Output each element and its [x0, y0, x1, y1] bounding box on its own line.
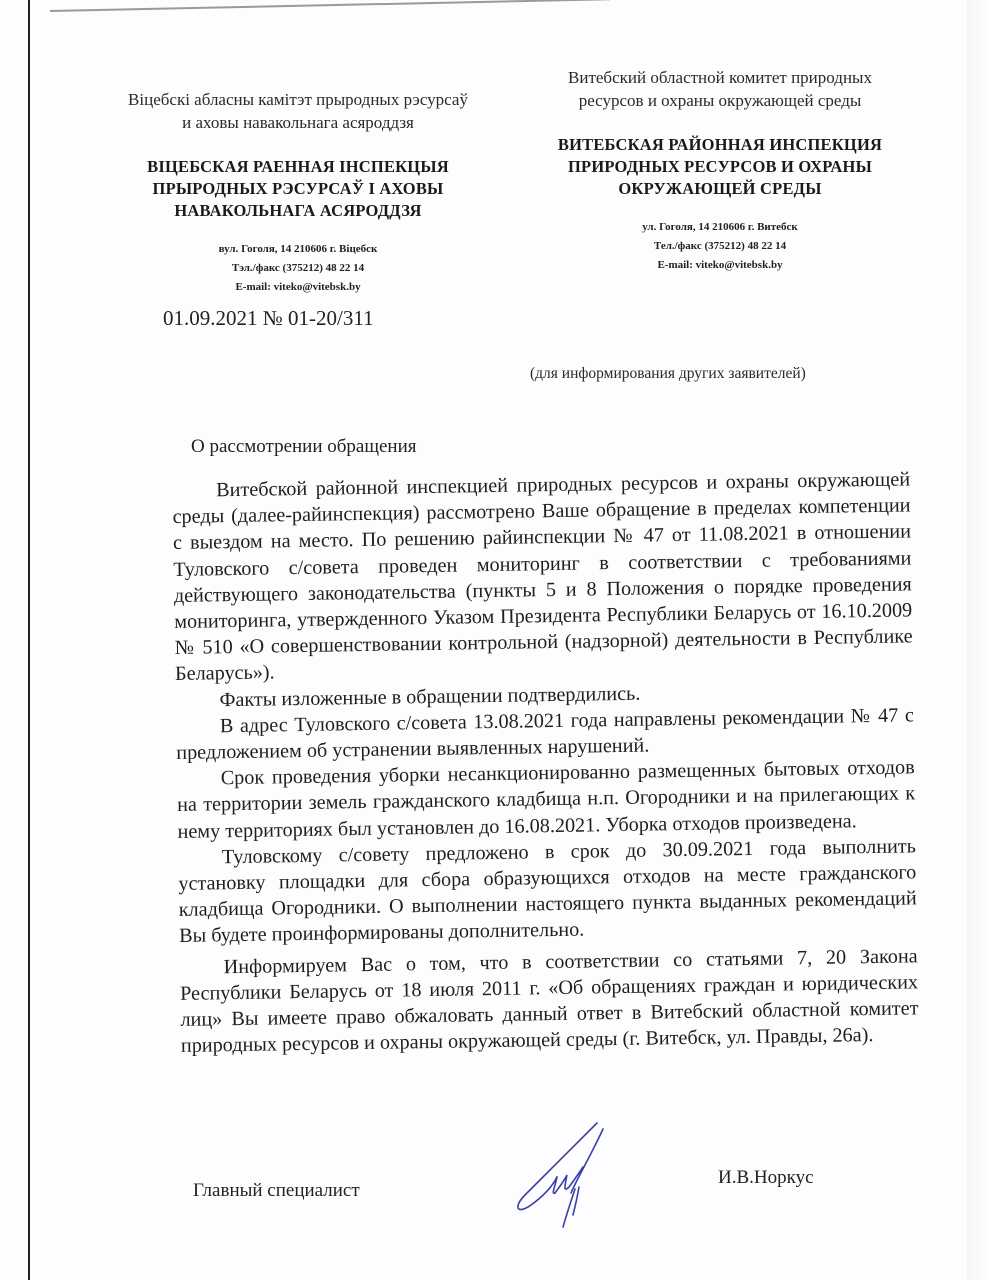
document-reference: 01.09.2021 № 01-20/311: [163, 306, 374, 331]
email-ru: E-mail: viteko@vitebsk.by: [535, 256, 905, 275]
letter-document: Віцебскі абласны камітэт прыродных рэсур…: [0, 0, 989, 1280]
signatory-role: Главный специалист: [193, 1180, 360, 1202]
letterhead-russian: Витебский областной комитет природных ре…: [535, 66, 905, 275]
parent-organization-be: Віцебскі абласны камітэт прыродных рэсур…: [128, 88, 468, 134]
address-ru: ул. Гоголя, 14 210606 г. Витебск: [535, 218, 905, 237]
letter-subject: О рассмотрении обращения: [191, 436, 417, 458]
recipient-note: (для информирования других заявителей): [530, 365, 806, 383]
contacts-be: вул. Гоголя, 14 210606 г. Віцебск Тэл./ф…: [128, 240, 468, 297]
phone-be: Тэл./факс (375212) 48 22 14: [128, 259, 468, 278]
contacts-ru: ул. Гоголя, 14 210606 г. Витебск Тел./фа…: [535, 218, 905, 275]
letterhead-belarusian: Віцебскі абласны камітэт прыродных рэсур…: [128, 88, 468, 297]
paragraph: Информируем Вас о том, что в соответстви…: [179, 943, 919, 1059]
organization-title-ru: ВИТЕБСКАЯ РАЙОННАЯ ИНСПЕКЦИЯ ПРИРОДНЫХ Р…: [535, 134, 905, 200]
letter-body: Витебской районной инспекцией природных …: [172, 466, 919, 1059]
address-be: вул. Гоголя, 14 210606 г. Віцебск: [128, 240, 468, 259]
signatory-name: И.В.Норкус: [718, 1167, 814, 1189]
phone-ru: Тел./факс (375212) 48 22 14: [535, 237, 905, 256]
handwritten-signature-icon: [505, 1115, 615, 1230]
paragraph: Срок проведения уборки несанкционированн…: [177, 755, 916, 845]
parent-organization-ru: Витебский областной комитет природных ре…: [535, 66, 905, 112]
email-be: E-mail: viteko@vitebsk.by: [128, 278, 468, 297]
organization-title-be: ВІЦЕБСКАЯ РАЕННАЯ ІНСПЕКЦЫЯ ПРЫРОДНЫХ РЭ…: [128, 156, 468, 222]
paragraph: Туловскому с/совету предложено в срок до…: [178, 833, 918, 949]
paragraph: Витебской районной инспекцией природных …: [172, 466, 913, 687]
